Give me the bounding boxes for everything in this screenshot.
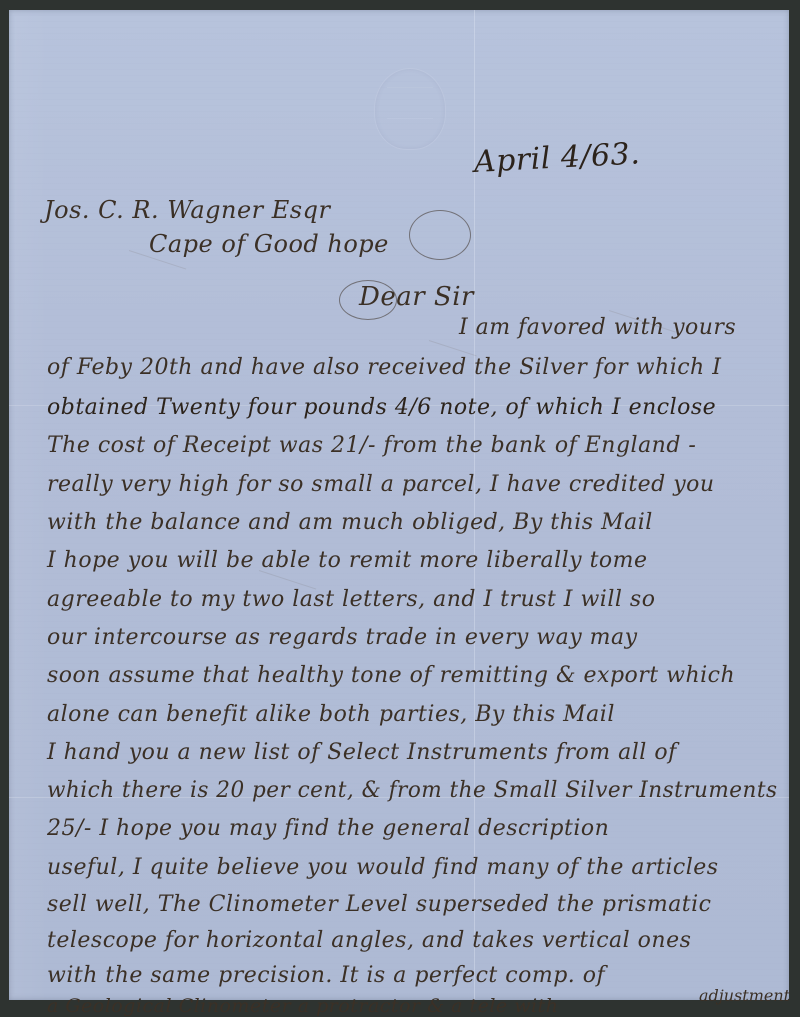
recipient-name: Jos. C. R. Wagner Esqr — [44, 196, 330, 224]
body-line: sell well, The Clinometer Level supersed… — [47, 892, 712, 917]
body-line: really very high for so small a parcel, … — [47, 472, 715, 497]
body-line: obtained Twenty four pounds 4/6 note, of… — [47, 395, 716, 420]
embossed-seal-band — [387, 87, 433, 119]
body-line: our intercourse as regards trade in ever… — [47, 625, 638, 650]
body-line: agreeable to my two last letters, and I … — [47, 587, 655, 612]
body-line: telescope for horizontal angles, and tak… — [47, 928, 691, 953]
body-line: 25/- I hope you may find the general des… — [47, 816, 609, 841]
body-line: The cost of Receipt was 21/- from the ba… — [47, 433, 696, 458]
body-line: with the balance and am much obliged, By… — [47, 510, 653, 535]
body-line: I hand you a new list of Select Instrume… — [47, 740, 677, 765]
letter-date: April 4/63. — [473, 136, 641, 180]
body-line: soon assume that healthy tone of remitti… — [47, 663, 735, 688]
recipient-location: Cape of Good hope — [149, 230, 389, 258]
catchword: adjustment — [699, 986, 790, 1005]
scan-background: April 4/63. Jos. C. R. Wagner Esqr Cape … — [0, 0, 800, 1012]
letter-page: April 4/63. Jos. C. R. Wagner Esqr Cape … — [9, 10, 789, 1000]
embossed-seal-icon — [374, 68, 446, 150]
body-line: alone can benefit alike both parties, By… — [47, 702, 615, 727]
body-line: I hope you will be able to remit more li… — [47, 548, 648, 573]
body-line: of Feby 20th and have also received the … — [47, 355, 721, 380]
body-line: a Geological Clinometer a protractor & a… — [47, 995, 558, 1012]
salutation-flourish — [339, 280, 397, 320]
body-line: which there is 20 per cent, & from the S… — [47, 778, 778, 803]
body-line: useful, I quite believe you would find m… — [47, 855, 719, 880]
address-flourish — [409, 210, 471, 260]
body-line: I am favored with yours — [459, 315, 736, 340]
ink-bleed-mark — [429, 340, 477, 356]
body-line: with the same precision. It is a perfect… — [47, 963, 605, 988]
